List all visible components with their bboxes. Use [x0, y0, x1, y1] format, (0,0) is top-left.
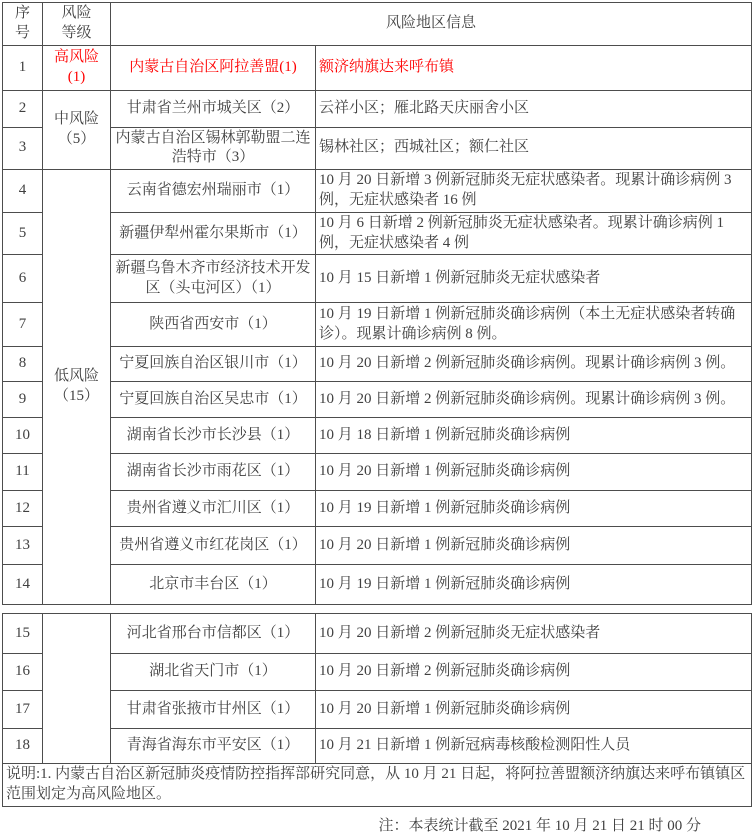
row-number-cell: 4 [3, 170, 43, 213]
table-row: 11 湖南省长沙市雨花区（1） 10 月 20 日新增 1 例新冠肺炎确诊病例 [3, 454, 752, 491]
region-cell: 湖南省长沙市雨花区（1） [111, 454, 316, 491]
region-cell: 河北省邢台市信都区（1） [111, 614, 316, 654]
table-row: 16 湖北省天门市（1） 10 月 20 日新增 2 例新冠肺炎确诊病例 [3, 654, 752, 691]
info-cell: 10 月 20 日新增 3 例新冠肺炎无症状感染者。现累计确诊病例 3 例，无症… [316, 170, 752, 213]
info-cell: 额济纳旗达来呼布镇 [316, 45, 752, 90]
info-cell: 10 月 19 日新增 1 例新冠肺炎确诊病例 [316, 491, 752, 527]
info-cell: 10 月 19 日新增 1 例新冠肺炎确诊病例（本土无症状感染者转确诊）。现累计… [316, 303, 752, 347]
risk-level-cell-low-continued [43, 614, 111, 764]
table-row: 6 新疆乌鲁木齐市经济技术开发区（头屯河区）（1） 10 月 15 日新增 1 … [3, 255, 752, 303]
info-cell: 10 月 20 日新增 1 例新冠肺炎确诊病例 [316, 527, 752, 565]
region-cell: 甘肃省兰州市城关区（2） [111, 90, 316, 127]
statistics-cutoff-note: 注：本表统计截至 2021 年 10 月 21 日 21 时 00 分 [0, 807, 753, 835]
info-cell: 10 月 20 日新增 2 例新冠肺炎无症状感染者 [316, 614, 752, 654]
header-risk-level: 风险 等级 [43, 3, 111, 46]
region-cell: 陕西省西安市（1） [111, 303, 316, 347]
table-header-row: 序 号 风险 等级 风险地区信息 [3, 3, 752, 46]
row-number-cell: 8 [3, 347, 43, 382]
table-row: 8 宁夏回族自治区银川市（1） 10 月 20 日新增 2 例新冠肺炎确诊病例。… [3, 347, 752, 382]
info-cell: 10 月 20 日新增 2 例新冠肺炎确诊病例。现累计确诊病例 3 例。 [316, 382, 752, 418]
risk-area-report: 序 号 风险 等级 风险地区信息 1 高风险 (1) 内蒙古自治区阿拉善盟(1)… [0, 0, 753, 835]
info-cell: 10 月 20 日新增 2 例新冠肺炎确诊病例。现累计确诊病例 3 例。 [316, 347, 752, 382]
info-cell: 10 月 15 日新增 1 例新冠肺炎无症状感染者 [316, 255, 752, 303]
row-number-cell: 11 [3, 454, 43, 491]
table-row: 2 中风险 （5） 甘肃省兰州市城关区（2） 云祥小区；雁北路天庆丽舍小区 [3, 90, 752, 127]
row-number-cell: 9 [3, 382, 43, 418]
info-cell: 10 月 21 日新增 1 例新冠病毒核酸检测阳性人员 [316, 729, 752, 764]
row-number-cell: 5 [3, 212, 43, 255]
region-cell: 贵州省遵义市汇川区（1） [111, 491, 316, 527]
row-number-cell: 16 [3, 654, 43, 691]
table-row: 12 贵州省遵义市汇川区（1） 10 月 19 日新增 1 例新冠肺炎确诊病例 [3, 491, 752, 527]
risk-level-cell-high: 高风险 (1) [43, 45, 111, 90]
info-cell: 锡林社区；西城社区；额仁社区 [316, 127, 752, 170]
table-row: 13 贵州省遵义市红花岗区（1） 10 月 20 日新增 1 例新冠肺炎确诊病例 [3, 527, 752, 565]
row-number-cell: 3 [3, 127, 43, 170]
row-number-cell: 10 [3, 418, 43, 454]
risk-level-cell-medium: 中风险 （5） [43, 90, 111, 170]
region-cell: 青海省海东市平安区（1） [111, 729, 316, 764]
row-number-cell: 13 [3, 527, 43, 565]
table-row: 10 湖南省长沙市长沙县（1） 10 月 18 日新增 1 例新冠肺炎确诊病例 [3, 418, 752, 454]
explanation-row: 说明:1. 内蒙古自治区新冠肺炎疫情防控指挥部研究同意，从 10 月 21 日起… [3, 764, 752, 807]
region-cell: 湖北省天门市（1） [111, 654, 316, 691]
risk-table-section-1: 序 号 风险 等级 风险地区信息 1 高风险 (1) 内蒙古自治区阿拉善盟(1)… [2, 2, 752, 605]
table-row: 14 北京市丰台区（1） 10 月 19 日新增 1 例新冠肺炎确诊病例 [3, 565, 752, 605]
row-number-cell: 17 [3, 691, 43, 729]
table-row: 5 新疆伊犁州霍尔果斯市（1） 10 月 6 日新增 2 例新冠肺炎无症状感染者… [3, 212, 752, 255]
row-number-cell: 6 [3, 255, 43, 303]
info-cell: 10 月 18 日新增 1 例新冠肺炎确诊病例 [316, 418, 752, 454]
risk-level-cell-low: 低风险 （15） [43, 170, 111, 605]
row-number-cell: 12 [3, 491, 43, 527]
table-row: 7 陕西省西安市（1） 10 月 19 日新增 1 例新冠肺炎确诊病例（本土无症… [3, 303, 752, 347]
region-cell: 贵州省遵义市红花岗区（1） [111, 527, 316, 565]
header-risk-info: 风险地区信息 [111, 3, 752, 46]
info-cell: 10 月 20 日新增 1 例新冠肺炎确诊病例 [316, 691, 752, 729]
info-cell: 10 月 19 日新增 1 例新冠肺炎确诊病例 [316, 565, 752, 605]
region-cell: 湖南省长沙市长沙县（1） [111, 418, 316, 454]
region-cell: 新疆伊犁州霍尔果斯市（1） [111, 212, 316, 255]
info-cell: 10 月 6 日新增 2 例新冠肺炎无症状感染者。现累计确诊病例 1 例，无症状… [316, 212, 752, 255]
info-cell: 10 月 20 日新增 1 例新冠肺炎确诊病例 [316, 454, 752, 491]
region-cell: 内蒙古自治区锡林郭勒盟二连浩特市（3） [111, 127, 316, 170]
table-row: 1 高风险 (1) 内蒙古自治区阿拉善盟(1) 额济纳旗达来呼布镇 [3, 45, 752, 90]
risk-table-section-2: 15 河北省邢台市信都区（1） 10 月 20 日新增 2 例新冠肺炎无症状感染… [2, 613, 752, 807]
table-row: 4 低风险 （15） 云南省德宏州瑞丽市（1） 10 月 20 日新增 3 例新… [3, 170, 752, 213]
row-number-cell: 7 [3, 303, 43, 347]
table-section-break [0, 605, 753, 613]
row-number-cell: 1 [3, 45, 43, 90]
region-cell: 内蒙古自治区阿拉善盟(1) [111, 45, 316, 90]
table-row: 3 内蒙古自治区锡林郭勒盟二连浩特市（3） 锡林社区；西城社区；额仁社区 [3, 127, 752, 170]
region-cell: 宁夏回族自治区吴忠市（1） [111, 382, 316, 418]
explanation-note: 说明:1. 内蒙古自治区新冠肺炎疫情防控指挥部研究同意，从 10 月 21 日起… [3, 764, 752, 807]
table-row: 17 甘肃省张掖市甘州区（1） 10 月 20 日新增 1 例新冠肺炎确诊病例 [3, 691, 752, 729]
row-number-cell: 15 [3, 614, 43, 654]
info-cell: 云祥小区；雁北路天庆丽舍小区 [316, 90, 752, 127]
region-cell: 新疆乌鲁木齐市经济技术开发区（头屯河区）（1） [111, 255, 316, 303]
table-row: 15 河北省邢台市信都区（1） 10 月 20 日新增 2 例新冠肺炎无症状感染… [3, 614, 752, 654]
table-row: 9 宁夏回族自治区吴忠市（1） 10 月 20 日新增 2 例新冠肺炎确诊病例。… [3, 382, 752, 418]
region-cell: 宁夏回族自治区银川市（1） [111, 347, 316, 382]
row-number-cell: 18 [3, 729, 43, 764]
region-cell: 北京市丰台区（1） [111, 565, 316, 605]
info-cell: 10 月 20 日新增 2 例新冠肺炎确诊病例 [316, 654, 752, 691]
region-cell: 云南省德宏州瑞丽市（1） [111, 170, 316, 213]
row-number-cell: 2 [3, 90, 43, 127]
region-cell: 甘肃省张掖市甘州区（1） [111, 691, 316, 729]
header-no: 序 号 [3, 3, 43, 46]
table-row: 18 青海省海东市平安区（1） 10 月 21 日新增 1 例新冠病毒核酸检测阳… [3, 729, 752, 764]
row-number-cell: 14 [3, 565, 43, 605]
